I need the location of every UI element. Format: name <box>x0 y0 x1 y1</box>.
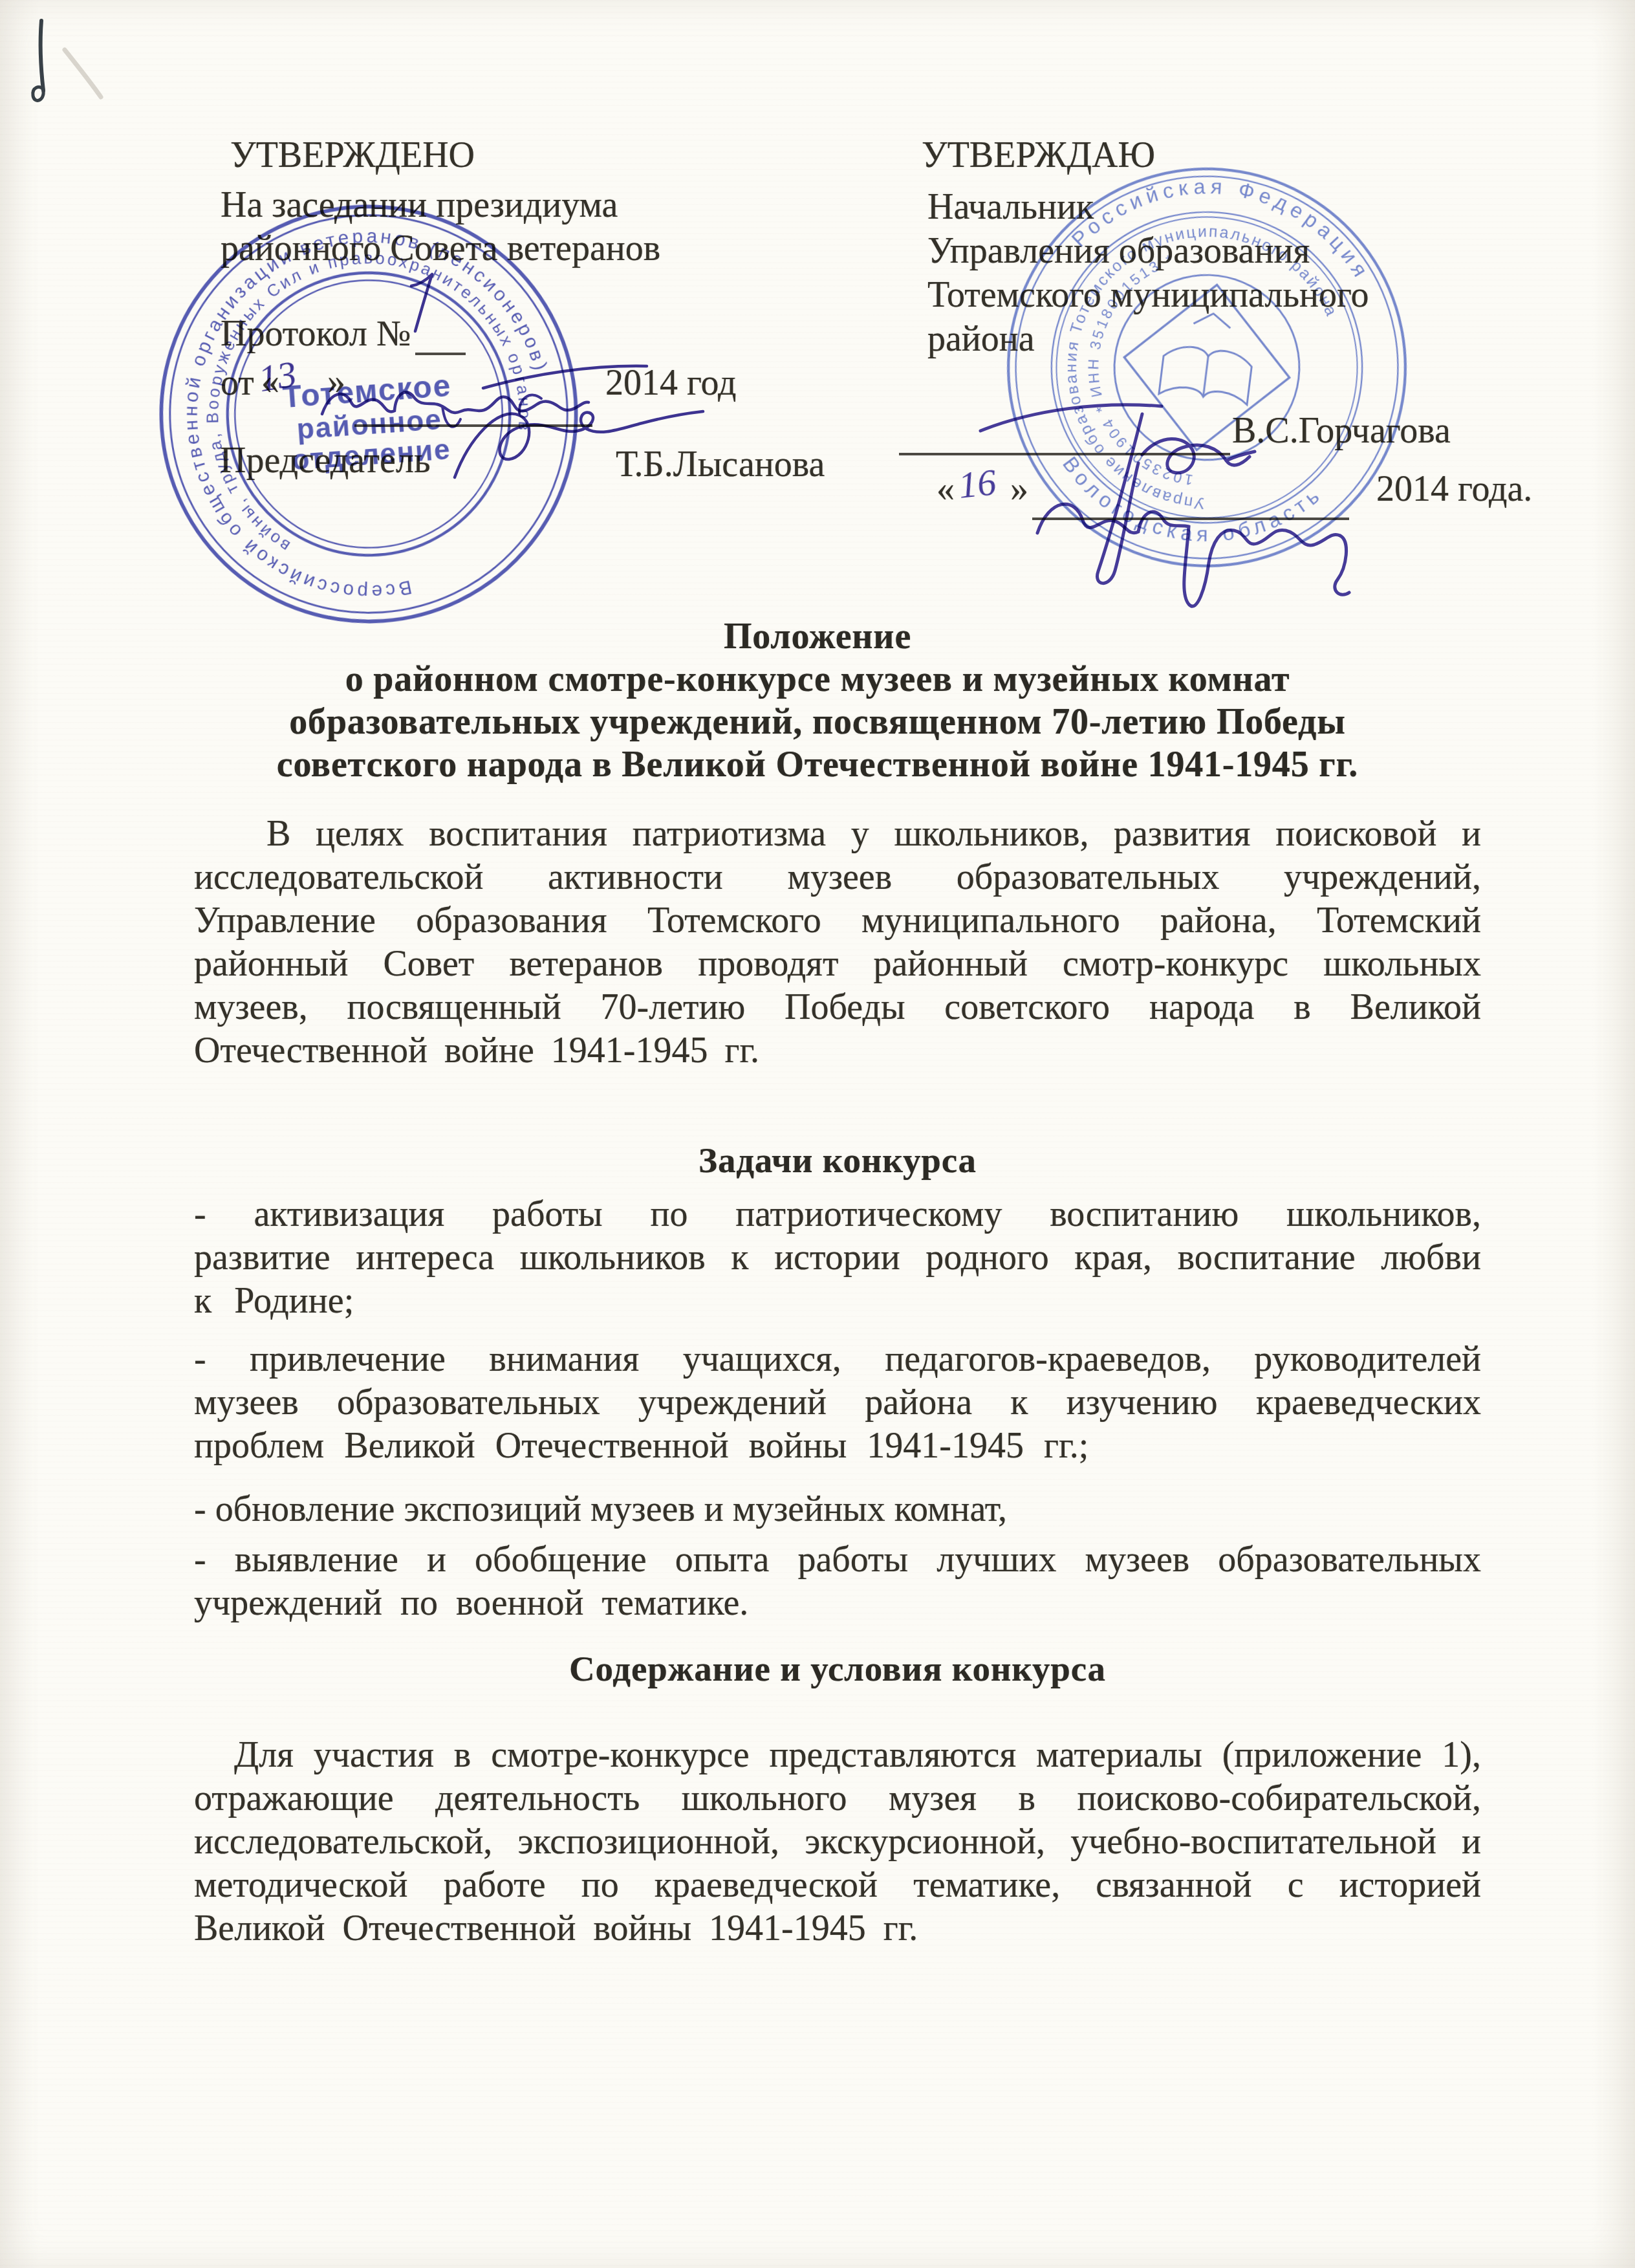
staple-mark <box>26 14 103 118</box>
task-item-3: - обновление экспозиций музеев и музейны… <box>194 1488 1481 1531</box>
conditions-paragraph: Для участия в смотре-конкурсе представля… <box>194 1734 1481 1950</box>
doc-title-line1: Положение <box>0 616 1635 657</box>
task-item-2: - привлечение внимания учащихся, педагог… <box>194 1338 1481 1468</box>
scanned-document-page: УТВЕРЖДЕНО На заседании президиума район… <box>0 0 1635 2268</box>
task-item-4: - выявление и обобщение опыта работы луч… <box>194 1538 1481 1625</box>
approved-heading: УТВЕРЖДЕНО <box>230 136 475 175</box>
conditions-heading: Содержание и условия конкурса <box>194 1648 1481 1689</box>
veterans-council-stamp: Всероссийской общественной организации в… <box>137 182 600 645</box>
doc-title-line4: советского народа в Великой Отечественно… <box>0 744 1635 785</box>
education-department-stamp: Российская Федерация Вологодская область… <box>973 134 1440 601</box>
doc-title-line2: о районном смотре-конкурсе музеев и музе… <box>0 659 1635 700</box>
intro-paragraph: В целях воспитания патриотизма у школьни… <box>194 812 1481 1073</box>
task-item-1: - активизация работы по патриотическому … <box>194 1193 1481 1323</box>
open-quote-right: « <box>937 470 955 508</box>
doc-title-line3: образовательных учреждений, посвященном … <box>0 701 1635 743</box>
tasks-heading: Задачи конкурса <box>194 1140 1481 1181</box>
